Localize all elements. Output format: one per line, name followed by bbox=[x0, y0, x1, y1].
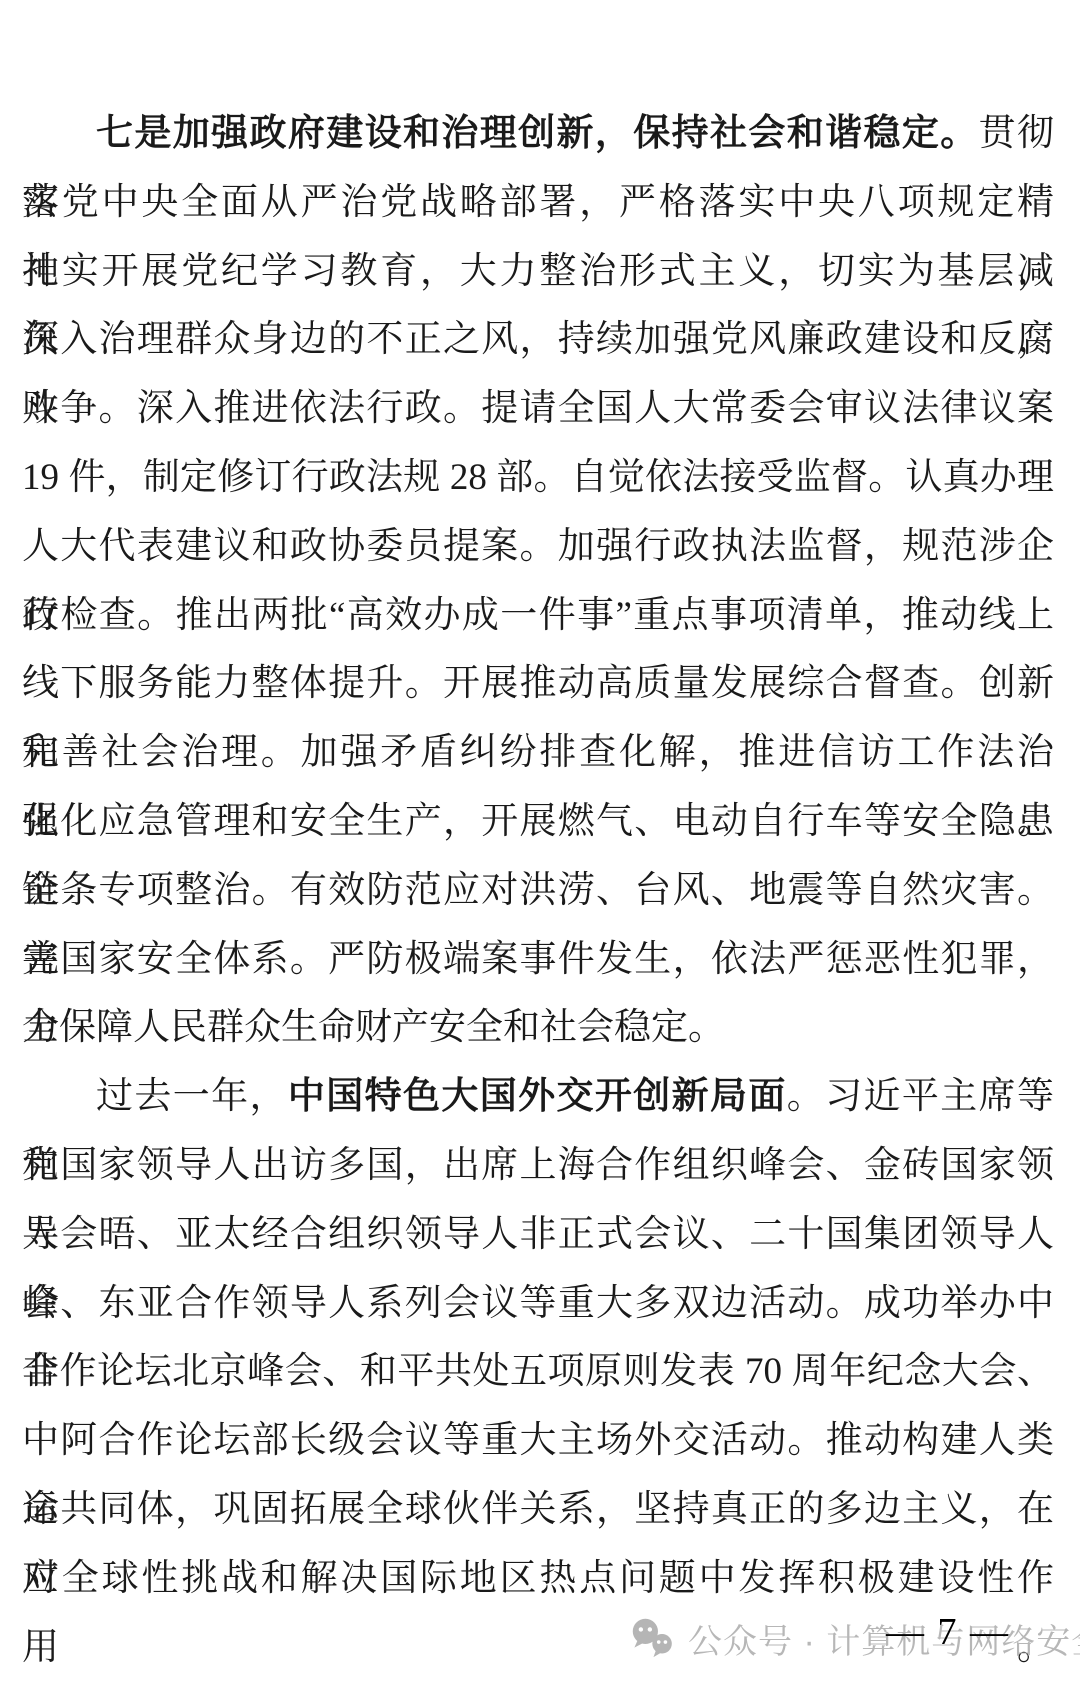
emphasis-text: 七是加强政府建设和治理创新，保持社会和谐稳定。 bbox=[96, 113, 979, 154]
text-line: 会、东亚合作领导人系列会议等重大多双边活动。成功举办中非 bbox=[22, 1270, 1054, 1339]
page-number: — 7 — bbox=[886, 1608, 1010, 1656]
page-footer: 公众号 · 计算机与网络安全 — 7 — bbox=[0, 1600, 1080, 1682]
text-line: 合作论坛北京峰会、和平共处五项原则发表 70 周年纪念大会、 bbox=[22, 1338, 1054, 1407]
body-text: 过去一年， bbox=[96, 1076, 288, 1117]
watermark-text: 公众号 · 计算机与网络安全 bbox=[688, 1614, 1080, 1663]
text-line: 扎实开展党纪学习教育，大力整治形式主义，切实为基层减负， bbox=[22, 238, 1054, 307]
text-line: 链条专项整治。有效防范应对洪涝、台风、地震等自然灾害。完 bbox=[22, 857, 1054, 926]
text-line: 完善社会治理。加强矛盾纠纷排查化解，推进信访工作法治化。 bbox=[22, 719, 1054, 788]
watermark: 公众号 · 计算机与网络安全 bbox=[630, 1614, 1080, 1663]
text-line: 线下服务能力整体提升。开展推动高质量发展综合督查。创新和 bbox=[22, 650, 1054, 719]
text-line: 七是加强政府建设和治理创新，保持社会和谐稳定。贯彻落 bbox=[22, 100, 1054, 169]
text-line: 善国家安全体系。严防极端案事件发生，依法严惩恶性犯罪，全 bbox=[22, 926, 1054, 995]
text-line: 实党中央全面从严治党战略部署，严格落实中央八项规定精神， bbox=[22, 169, 1054, 238]
document-body: 七是加强政府建设和治理创新，保持社会和谐稳定。贯彻落 实党中央全面从严治党战略部… bbox=[22, 100, 1054, 1614]
text-line: 政检查。推出两批“高效办成一件事”重点事项清单，推动线上 bbox=[22, 582, 1054, 651]
text-line: 和国家领导人出访多国，出席上海合作组织峰会、金砖国家领导 bbox=[22, 1132, 1054, 1201]
text-line: 深入治理群众身边的不正之风，持续加强党风廉政建设和反腐败 bbox=[22, 306, 1054, 375]
text-line: 运共同体，巩固拓展全球伙伴关系，坚持真正的多边主义，在应 bbox=[22, 1476, 1054, 1545]
text-line: 人大代表建议和政协委员提案。加强行政执法监督，规范涉企行 bbox=[22, 513, 1054, 582]
text-line: 人会晤、亚太经合组织领导人非正式会议、二十国集团领导人峰 bbox=[22, 1201, 1054, 1270]
text-line: 中阿合作论坛部长级会议等重大主场外交活动。推动构建人类命 bbox=[22, 1407, 1054, 1476]
document-page: 七是加强政府建设和治理创新，保持社会和谐稳定。贯彻落 实党中央全面从严治党战略部… bbox=[0, 0, 1080, 1682]
text-line: 过去一年，中国特色大国外交开创新局面。习近平主席等党 bbox=[22, 1063, 1054, 1132]
wechat-icon bbox=[630, 1618, 676, 1660]
text-line: 强化应急管理和安全生产，开展燃气、电动自行车等安全隐患全 bbox=[22, 788, 1054, 857]
text-line: 19 件，制定修订行政法规 28 部。自觉依法接受监督。认真办理 bbox=[22, 444, 1054, 513]
text-line: 力保障人民群众生命财产安全和社会稳定。 bbox=[22, 994, 1054, 1063]
emphasis-text: 中国特色大国外交开创新局面 bbox=[288, 1076, 787, 1117]
text-line: 斗争。深入推进依法行政。提请全国人大常委会审议法律议案 bbox=[22, 375, 1054, 444]
